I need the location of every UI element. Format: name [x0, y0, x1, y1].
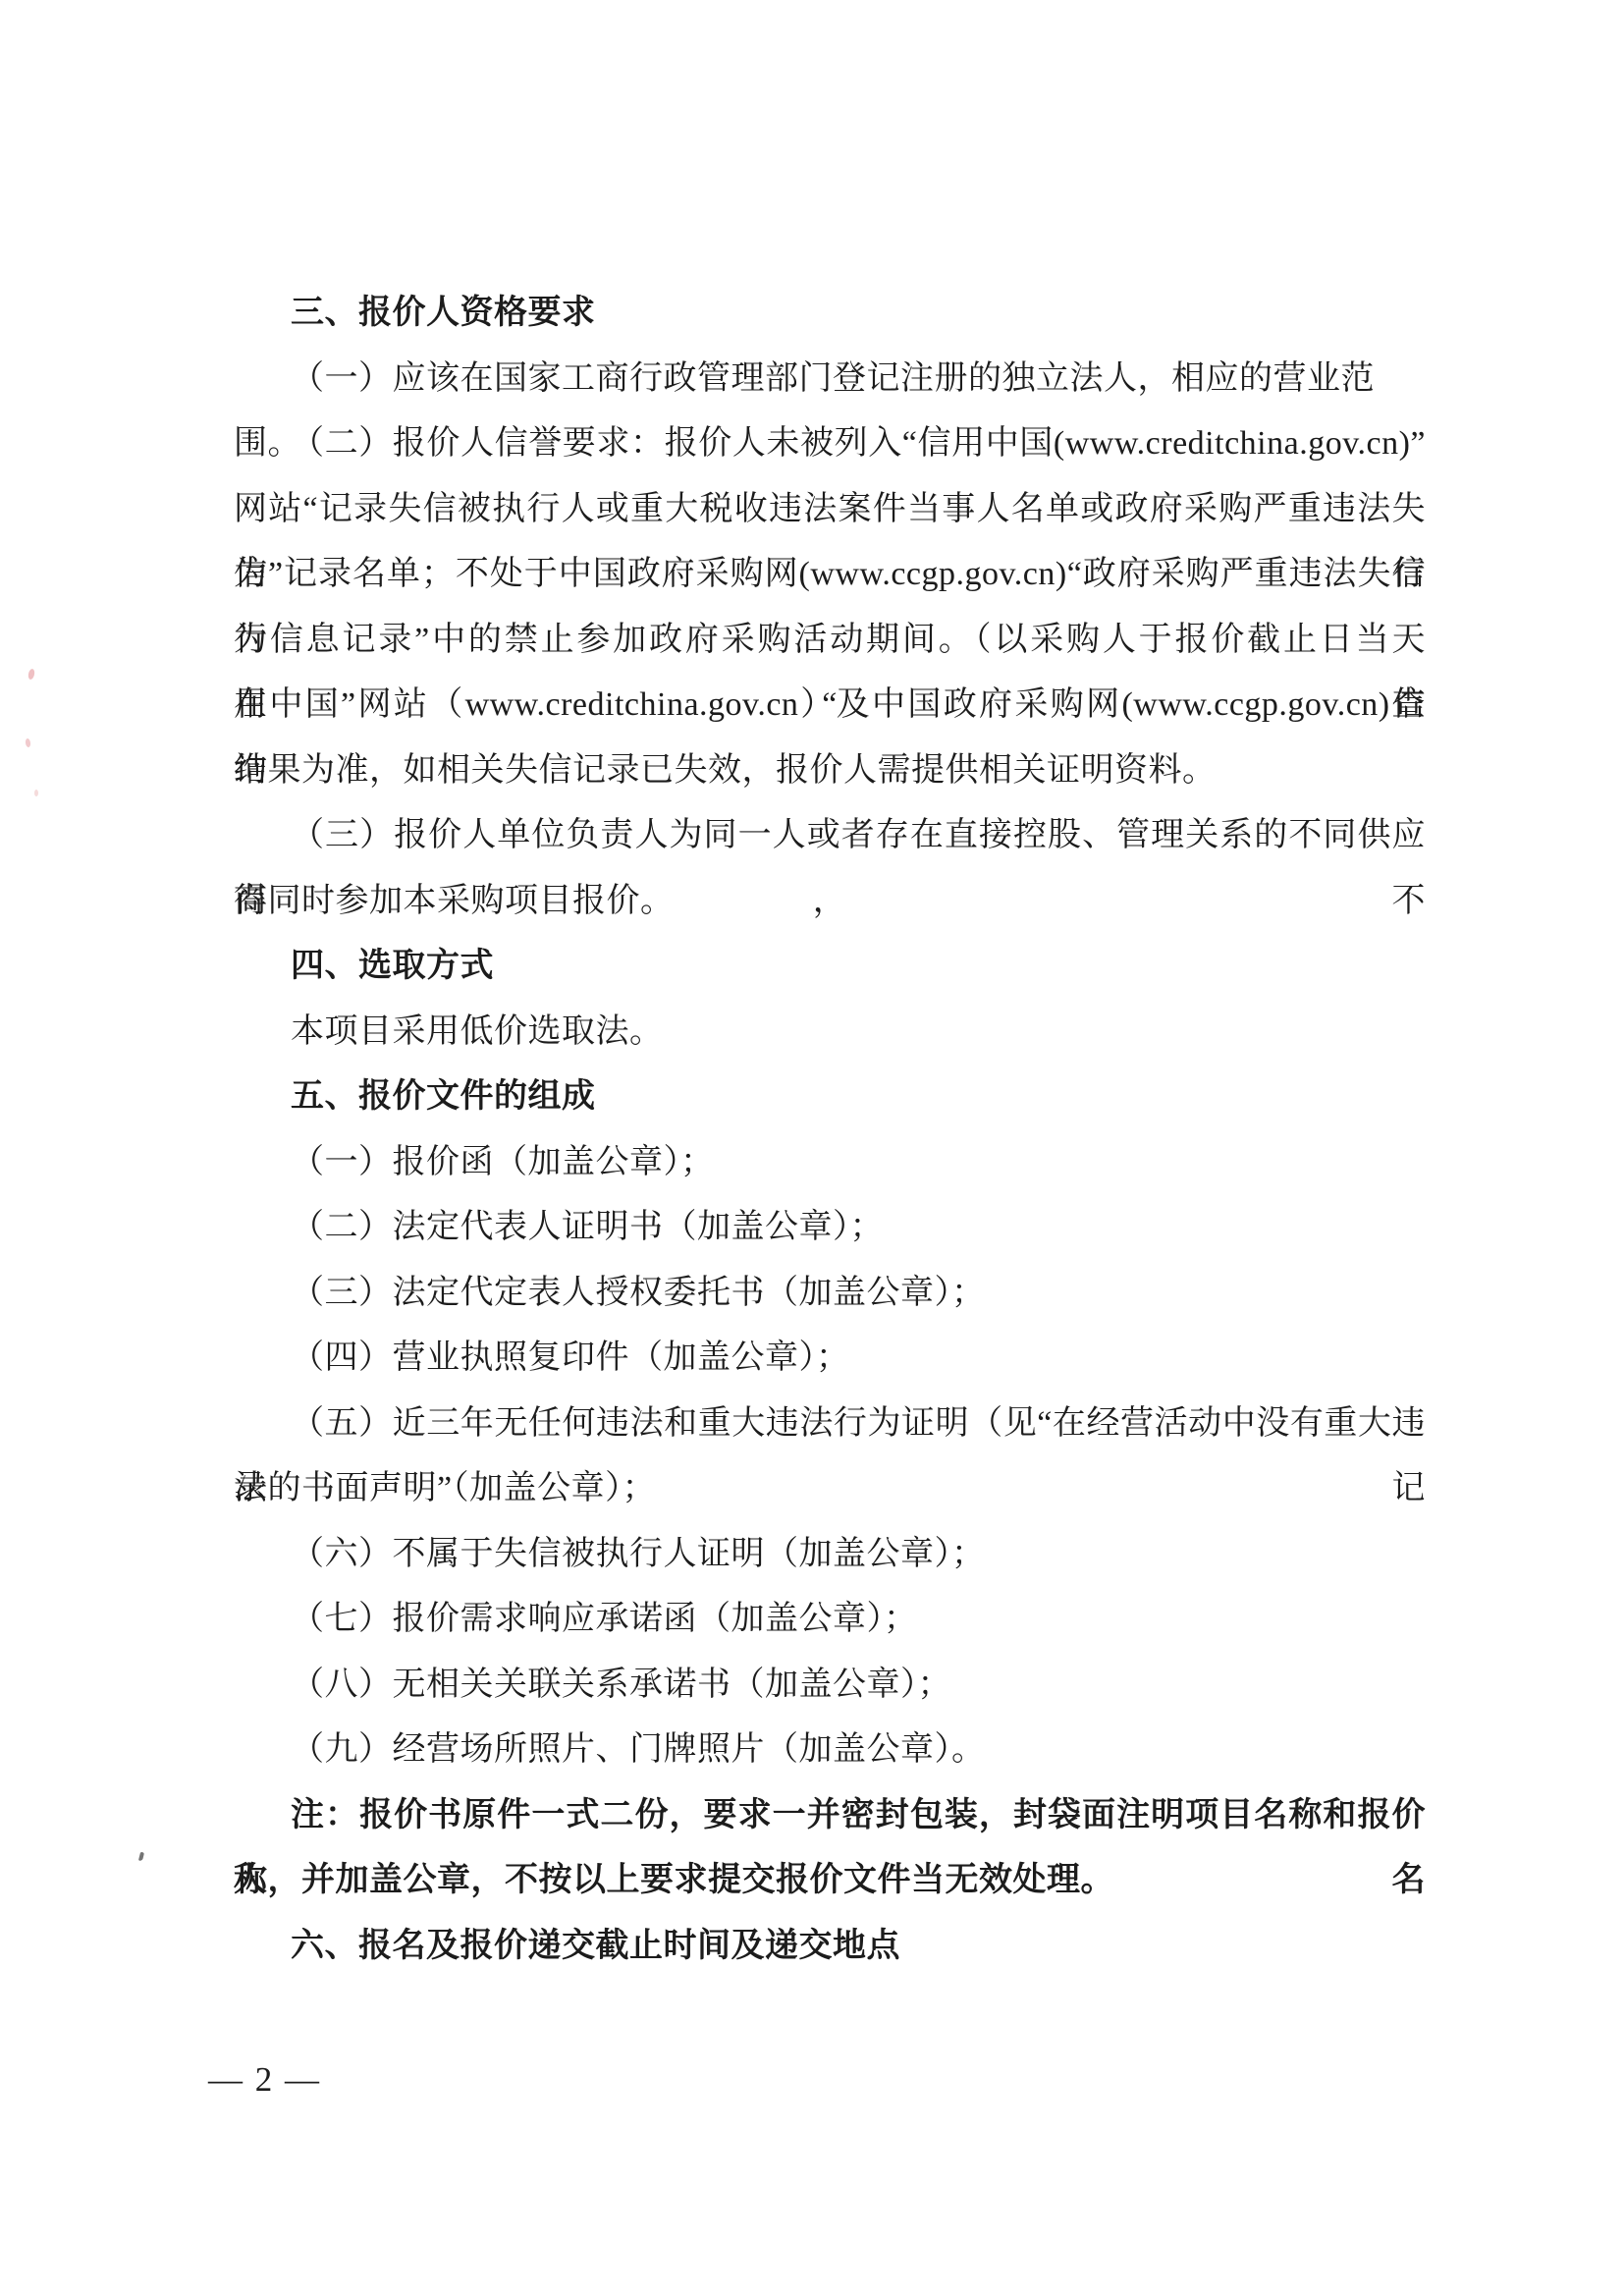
- document-line: （八）无相关关联关系承诺书（加盖公章）；: [234, 1653, 1426, 1719]
- document-line: （一）报价函（加盖公章）；: [234, 1130, 1426, 1196]
- document-line: 三、报价人资格要求: [234, 281, 1426, 347]
- document-body: 三、报价人资格要求（一）应该在国家工商行政管理部门登记注册的独立法人，相应的营业…: [234, 281, 1426, 1979]
- scan-speck: [27, 668, 35, 680]
- document-line: （四）营业执照复印件（加盖公章）；: [234, 1326, 1426, 1392]
- document-line: 四、选取方式: [234, 934, 1426, 1000]
- document-line: 结果为准，如相关失信记录已失效，报价人需提供相关证明资料。: [234, 738, 1426, 804]
- document-line: 用中国”网站（www.creditchina.gov.cn）及中国政府采购网(w…: [234, 673, 1426, 738]
- document-line: 网站“记录失信被执行人或重大税收违法案件当事人名单或政府采购严重违法失信行: [234, 477, 1426, 543]
- scan-speck: [138, 1852, 144, 1862]
- document-line: 六、报名及报价递交截止时间及递交地点: [234, 1914, 1426, 1980]
- document-line: （五）近三年无任何违法和重大违法行为证明（见“在经营活动中没有重大违法记: [234, 1392, 1426, 1457]
- document-line: （六）不属于失信被执行人证明（加盖公章）；: [234, 1522, 1426, 1588]
- document-line: （三）报价人单位负责人为同一人或者存在直接控股、管理关系的不同供应商，不: [234, 803, 1426, 869]
- page-number: — 2 —: [208, 2058, 321, 2102]
- document-line: （七）报价需求响应承诺函（加盖公章）；: [234, 1587, 1426, 1653]
- document-line: （三）法定代定表人授权委托书（加盖公章）；: [234, 1261, 1426, 1327]
- document-line: （九）经营场所照片、门牌照片（加盖公章）。: [234, 1718, 1426, 1783]
- document-line: 五、报价文件的组成: [234, 1065, 1426, 1130]
- scan-speck: [34, 790, 38, 796]
- document-line: 为”记录名单；不处于中国政府采购网(www.ccgp.gov.cn)“政府采购严…: [234, 542, 1426, 608]
- document-line: 注：报价书原件一式二份，要求一并密封包装，封袋面注明项目名称和报价人名: [234, 1783, 1426, 1849]
- scan-speck: [25, 738, 30, 748]
- document-line: 为信息记录”中的禁止参加政府采购活动期间。（以采购人于报价截止日当天在“信: [234, 608, 1426, 674]
- document-line: 本项目采用低价选取法。: [234, 1000, 1426, 1066]
- document-line: （一）应该在国家工商行政管理部门登记注册的独立法人，相应的营业范围。: [234, 347, 1426, 412]
- document-line: （二）报价人信誉要求：报价人未被列入“信用中国(www.creditchina.…: [234, 411, 1426, 477]
- scanned-document-page: 三、报价人资格要求（一）应该在国家工商行政管理部门登记注册的独立法人，相应的营业…: [0, 0, 1624, 2296]
- document-line: （二）法定代表人证明书（加盖公章）；: [234, 1195, 1426, 1261]
